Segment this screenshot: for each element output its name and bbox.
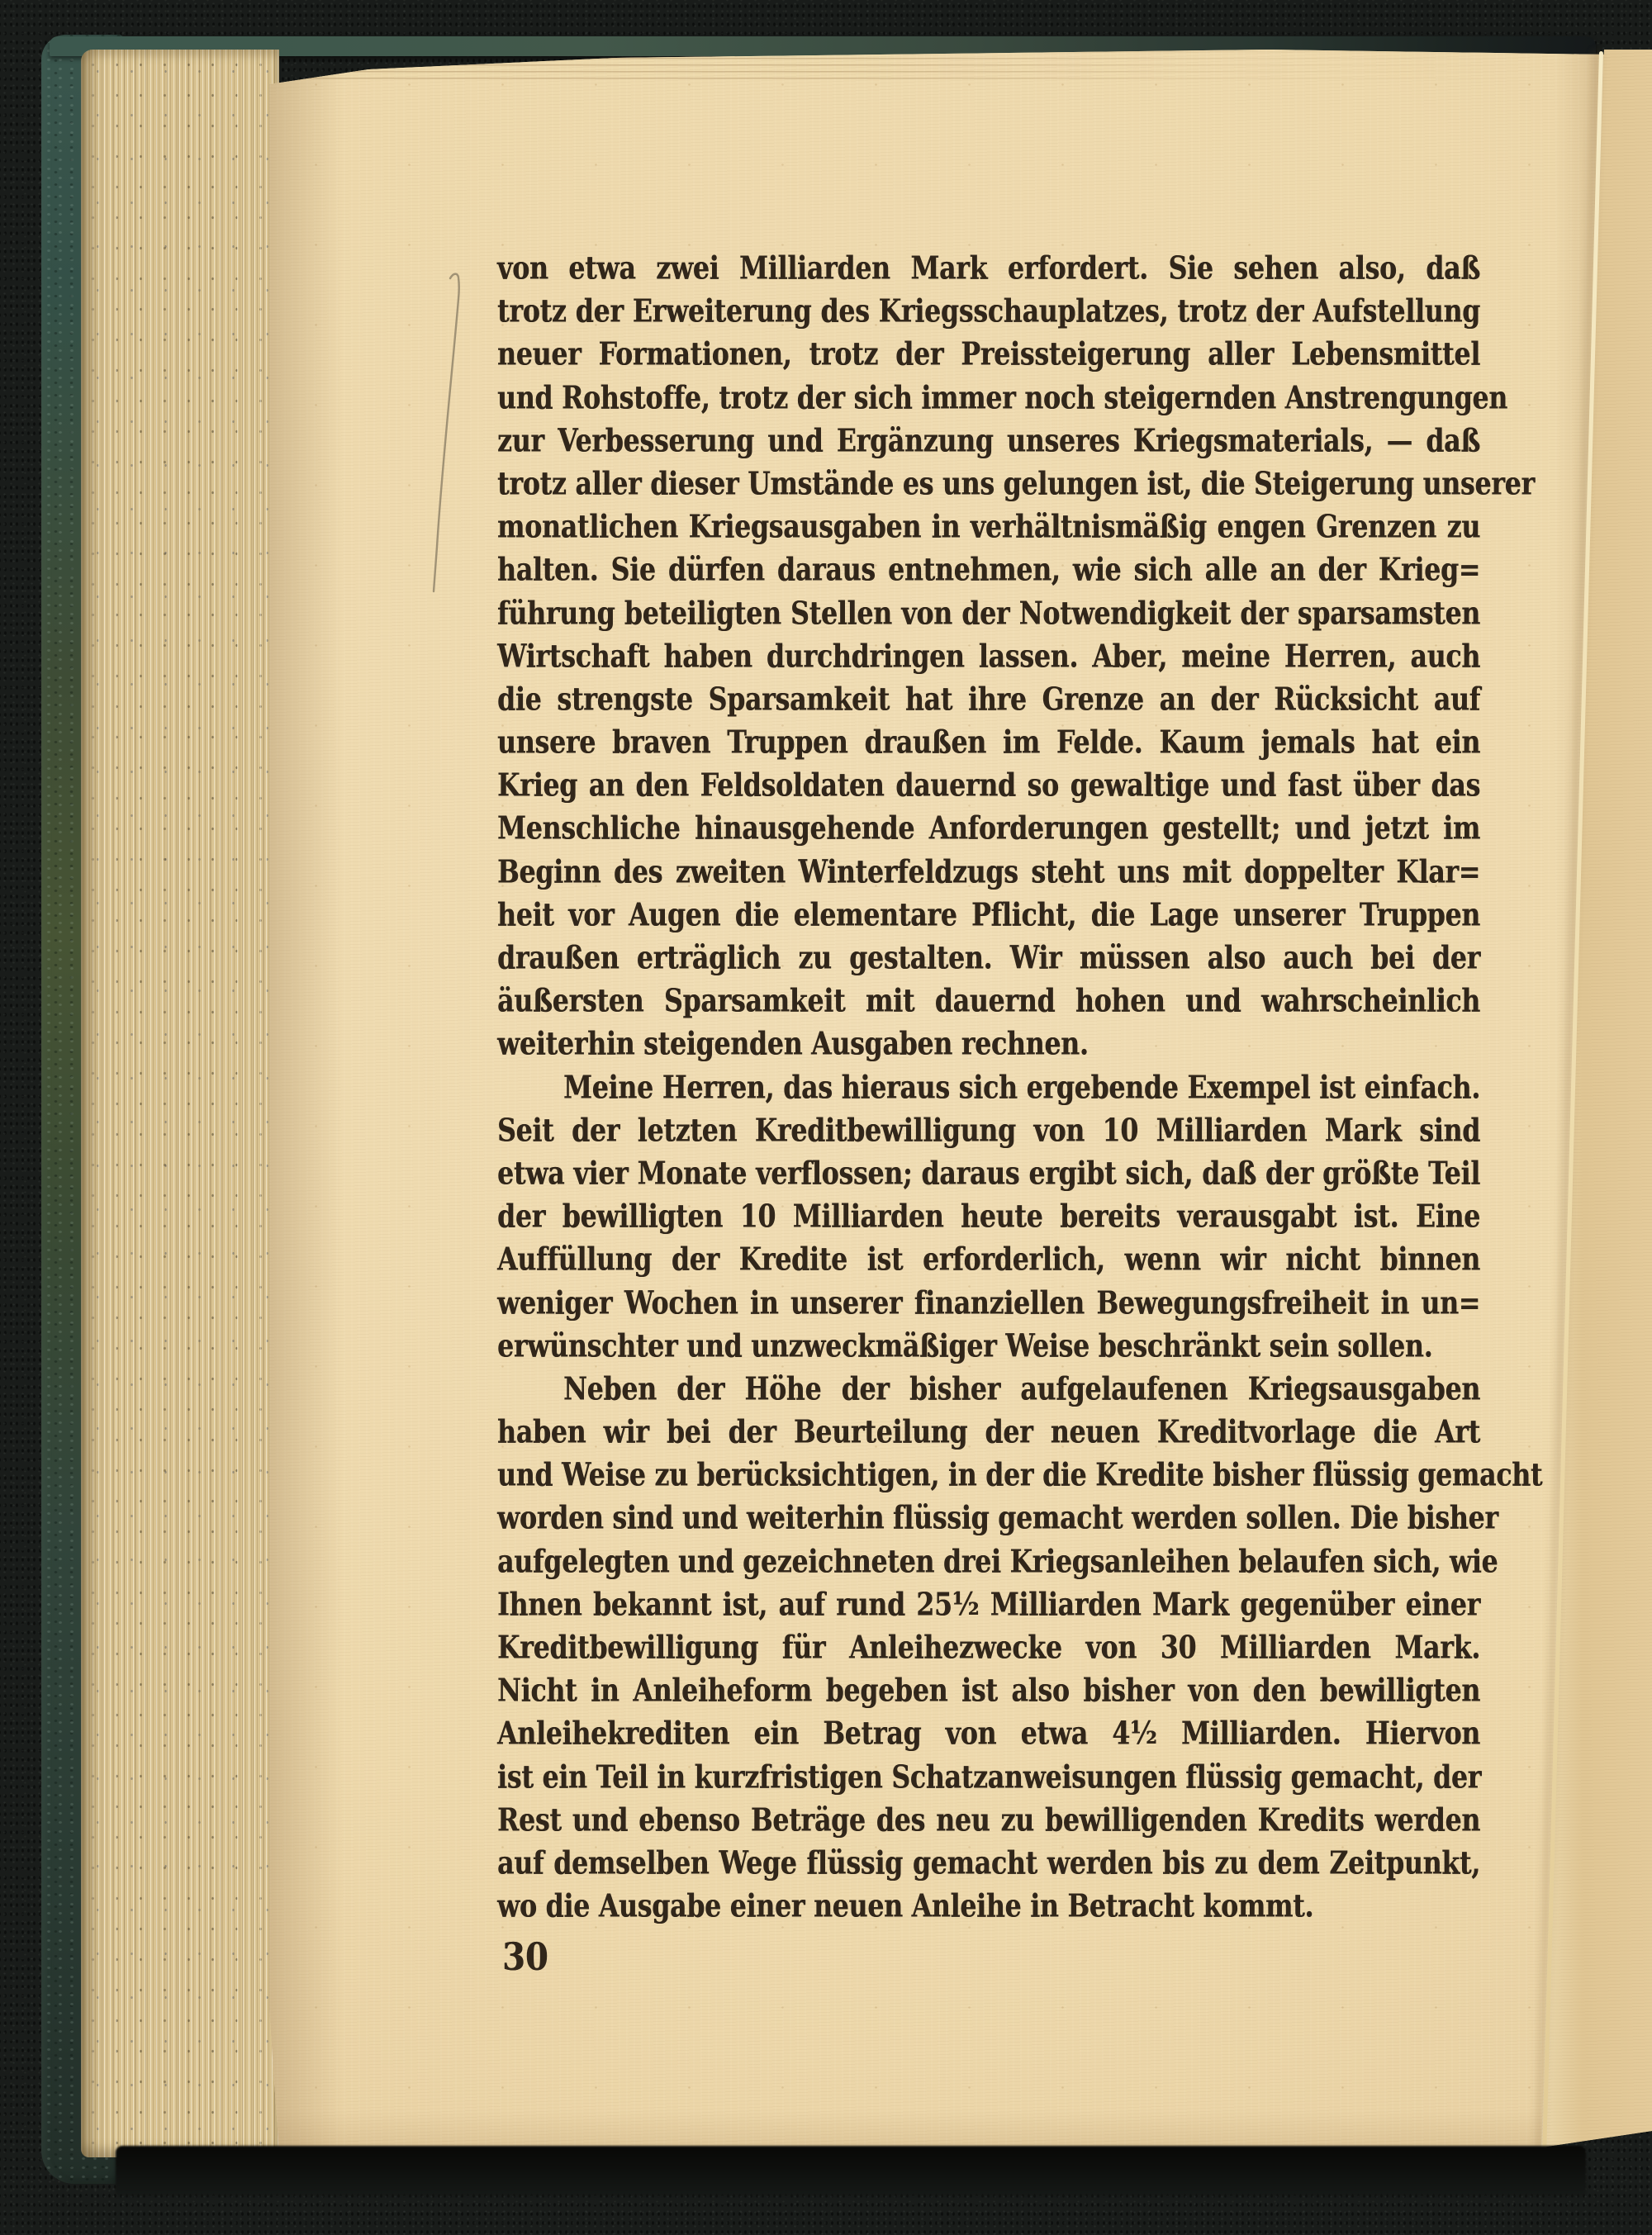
screenshot-root: von etwa zwei Milliarden Mark erfordert.… [0,0,1652,2235]
text-line: wo die Ausgabe einer neuen Anleihe in Be… [497,1881,1480,1934]
page-bottom-shadow [116,2146,1586,2199]
page-edge-stack [81,50,279,2157]
page-number: 30 [502,1938,548,1976]
page-text: von etwa zwei Milliarden Mark erfordert.… [497,249,1480,1930]
